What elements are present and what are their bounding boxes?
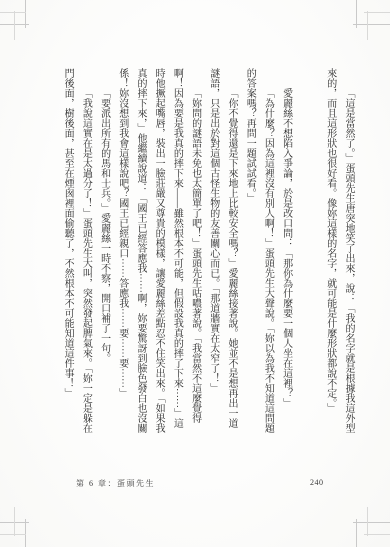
paragraph: 「為什麼？因為這裡沒有別人啊！」蛋頭先生大聲說。「妳以為我不知道這問題的答案嗎？… (240, 68, 276, 436)
paragraph: 「你不覺得還是下來地上比較安全嗎？」愛麗絲接著說。她並不是想再出一道謎語，只是出… (204, 68, 240, 436)
paragraph: 「要派出所有的馬和士兵。」愛麗絲一時不察，開口補了一句。 (94, 68, 112, 436)
paragraph: 愛麗絲不想陷入爭論，於是改口問：「那你為什麼要一個人坐在這裡？」 (276, 68, 294, 436)
page-number: 240 (310, 478, 324, 487)
paragraph: 「這是當然了。」蛋頭先生唐突地笑了出來，說：「我的名字就是根據我這外型來的，而且… (321, 68, 357, 436)
footer-chapter-label: 第 6 章：蛋頭先生 (76, 478, 155, 489)
book-page: 「這是當然了。」蛋頭先生唐突地笑了出來，說：「我的名字就是根據我這外型來的，而且… (0, 0, 390, 547)
text-block: 「這是當然了。」蛋頭先生唐突地笑了出來，說：「我的名字就是根據我這外型來的，而且… (57, 68, 357, 436)
paragraph: 「我說這實在是太過分了！」蛋頭先生大叫，突然發起脾氣來。「妳一定是躲在門後面，樹… (58, 68, 94, 436)
paragraph: 「妳問的謎語未免也太簡單了吧！」蛋頭先生咕噥著說。「我當然不這麼覺得啊！因為要是… (113, 68, 204, 436)
